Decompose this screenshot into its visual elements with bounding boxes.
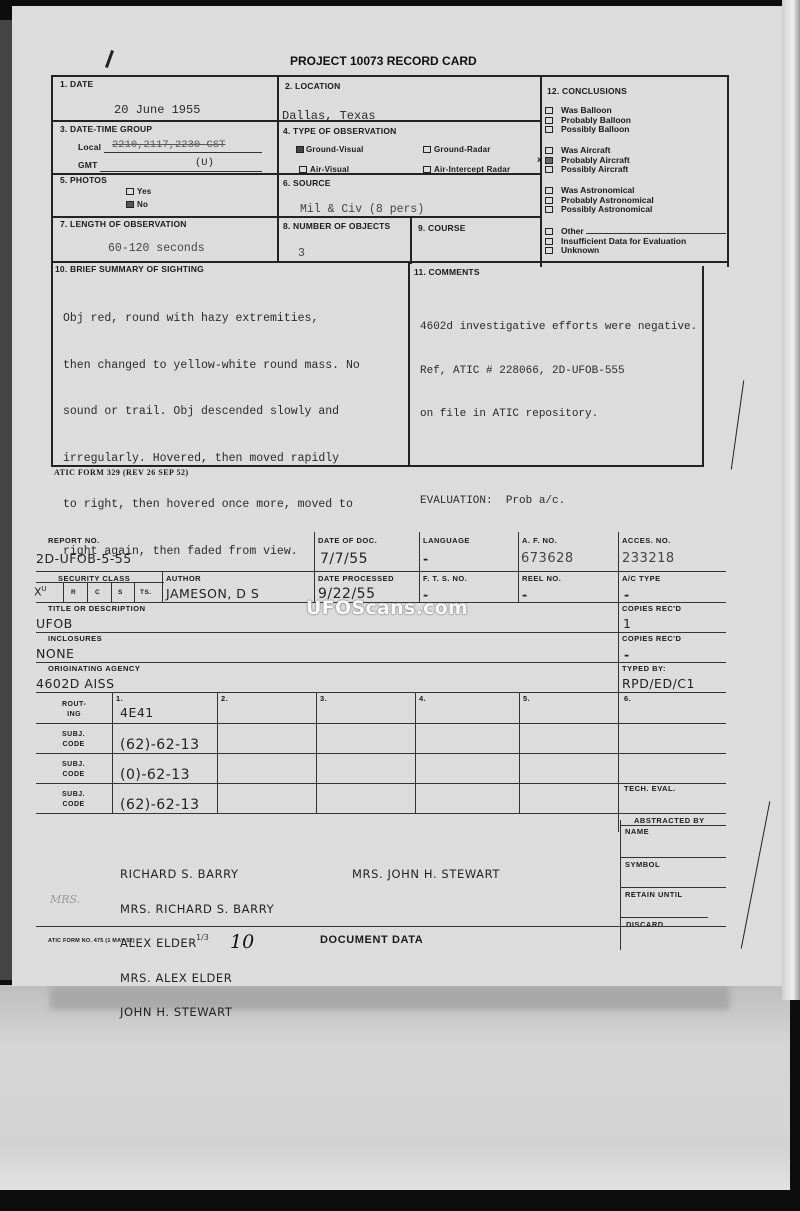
checkbox-icon	[545, 197, 553, 204]
security-class-r[interactable]: R	[71, 589, 76, 596]
summary-text: Obj red, round with hazy extremities, th…	[63, 280, 360, 575]
divider	[618, 532, 619, 832]
divider	[63, 583, 64, 602]
check-x-mark: x	[537, 156, 542, 166]
reel-no-label: REEL NO.	[522, 574, 561, 583]
observation-type-label: 4. TYPE OF OBSERVATION	[283, 126, 397, 136]
frame-right-bottom	[702, 266, 704, 466]
checkbox-icon	[545, 247, 553, 254]
underlying-page	[0, 985, 790, 1190]
security-class-s[interactable]: S	[118, 589, 123, 596]
report-no-value: 2D-UFOB-5-55	[36, 551, 132, 566]
conclusion-possibly-aircraft[interactable]: Possibly Aircraft	[545, 165, 630, 175]
typed-by-value: RPD/ED/C1	[622, 676, 695, 691]
record-card-form-id: ATIC FORM 329 (REV 26 SEP 52)	[54, 468, 189, 477]
divider	[620, 857, 726, 858]
routing-col-2: 2.	[221, 694, 228, 703]
location-label: 2. LOCATION	[285, 81, 340, 91]
frame-right-top	[727, 75, 729, 267]
evaluation-line: EVALUATION: Prob a/c.	[420, 494, 697, 509]
af-no-value: 673628	[521, 551, 574, 566]
conclusions-label: 12. CONCLUSIONS	[547, 86, 627, 96]
document-data-title: DOCUMENT DATA	[320, 934, 423, 946]
conclusion-probably-aircraft[interactable]: Probably Aircraftx	[545, 156, 630, 166]
row-divider	[36, 571, 726, 572]
date-of-doc-value: 7/7/55	[320, 551, 368, 567]
fts-no-label: F. T. S. NO.	[423, 574, 467, 583]
divider	[410, 216, 412, 264]
observation-ground-radar[interactable]: Ground-Radar	[423, 145, 491, 154]
subj-code-value: (62)-62-13	[120, 737, 199, 753]
security-class-c[interactable]: C	[95, 589, 100, 596]
local-time-value: 2210,2117,2230 CST	[112, 139, 225, 151]
checkbox-icon	[545, 147, 553, 154]
summary-line: to right, then hovered once more, moved …	[63, 497, 360, 513]
summary-label: 10. BRIEF SUMMARY OF SIGHTING	[55, 264, 204, 274]
routing-col-5: 5.	[523, 694, 530, 703]
divider	[620, 820, 621, 950]
handwritten-page-number: 10	[230, 931, 254, 953]
ac-type-value: -	[624, 587, 630, 602]
length-label: 7. LENGTH OF OBSERVATION	[60, 219, 187, 229]
date-processed-label: DATE PROCESSED	[318, 574, 394, 583]
divider-col	[277, 75, 279, 261]
observation-air-intercept-radar[interactable]: Air-Intercept Radar	[423, 165, 510, 174]
subj-code-row-label: SUBJ. CODE	[62, 790, 85, 810]
typed-by-label: TYPED BY:	[622, 664, 666, 673]
subj-code-value: (0)-62-13	[120, 767, 190, 783]
photos-no[interactable]: No	[126, 200, 148, 209]
summary-line: then changed to yellow-white round mass.…	[63, 358, 360, 374]
conclusion-possibly-balloon[interactable]: Possibly Balloon	[545, 125, 631, 135]
summary-line: sound or trail. Obj descended slowly and	[63, 404, 360, 420]
checkbox-icon	[545, 166, 553, 173]
author-value: JAMESON, D S	[166, 586, 259, 601]
title-description-value: UFOB	[36, 616, 73, 631]
row-divider	[36, 753, 726, 754]
watermark: UFOScans.com	[306, 597, 468, 619]
witness-name: RICHARD S. BARRY	[120, 869, 274, 881]
checkbox-icon	[545, 107, 553, 114]
routing-row-label: ROUT- ING	[62, 700, 86, 720]
checkbox-icon	[423, 166, 431, 173]
copies-recd-value: 1	[623, 616, 631, 631]
length-value: 60-120 seconds	[108, 242, 205, 255]
row-divider	[36, 662, 726, 663]
witness-name: MRS. ALEX ELDER	[120, 973, 274, 985]
scan-edge-right	[782, 0, 800, 1000]
inclosures-label: INCLOSURES	[48, 634, 102, 643]
observation-ground-visual[interactable]: Ground-Visual	[296, 145, 364, 154]
underline	[104, 152, 262, 153]
retain-until-label: RETAIN UNTIL	[625, 890, 683, 899]
comment-line: 4602d investigative efforts were negativ…	[420, 320, 697, 335]
witness-name: JOHN H. STEWART	[120, 1007, 274, 1019]
checkbox-checked-icon	[296, 146, 304, 153]
divider	[51, 216, 541, 218]
divider	[314, 532, 315, 602]
checkbox-icon	[545, 126, 553, 133]
checkbox-icon	[423, 146, 431, 153]
subj-code-value: (62)-62-13	[120, 797, 199, 813]
author-label: AUTHOR	[166, 574, 201, 583]
checkbox-icon	[299, 166, 307, 173]
comments-label: 11. COMMENTS	[414, 267, 480, 277]
location-value: Dallas, Texas	[282, 109, 376, 123]
checkbox-icon	[126, 188, 134, 195]
row-divider	[36, 723, 726, 724]
divider	[620, 917, 708, 918]
date-of-doc-label: DATE OF DOC.	[318, 536, 377, 545]
row-divider	[36, 783, 726, 784]
footer-divider	[36, 926, 726, 927]
divider-conclusions	[540, 75, 542, 267]
title-description-label: TITLE OR DESCRIPTION	[48, 604, 146, 613]
summary-line: irregularly. Hovered, then moved rapidly	[63, 451, 360, 467]
conclusions-group-aircraft: Was Aircraft Probably Aircraftx Possibly…	[545, 146, 630, 175]
routing-value: 4E41	[120, 705, 154, 720]
inclosures-value: NONE	[36, 646, 74, 661]
row-divider	[36, 692, 726, 693]
routing-col-4: 4.	[419, 694, 426, 703]
conclusions-group-astronomical: Was Astronomical Probably Astronomical P…	[545, 186, 654, 215]
acces-no-value: 233218	[622, 551, 675, 566]
abstracted-symbol-label: SYMBOL	[625, 860, 660, 869]
checkbox-icon	[545, 206, 553, 213]
security-class-marked: XU	[34, 585, 47, 599]
routing-col-1: 1.	[116, 694, 123, 703]
divider	[36, 582, 164, 583]
other-underline	[586, 233, 726, 234]
frame-left	[51, 75, 53, 466]
routing-col-3: 3.	[320, 694, 327, 703]
divider	[87, 583, 88, 602]
comment-line: on file in ATIC repository.	[420, 407, 697, 422]
date-label: 1. DATE	[60, 79, 93, 89]
divider	[408, 261, 410, 466]
divider	[162, 572, 163, 602]
routing-col-6: 6.	[624, 694, 631, 703]
abstracted-by-label: ABSTRACTED BY	[634, 816, 705, 825]
originating-agency-label: ORIGINATING AGENCY	[48, 664, 140, 673]
checkbox-icon	[545, 187, 553, 194]
comments-text: 4602d investigative efforts were negativ…	[420, 291, 697, 523]
observation-air-visual[interactable]: Air-Visual	[299, 165, 349, 174]
scan-edge-left	[0, 20, 12, 980]
handwritten-mrs: MRS.	[50, 893, 80, 906]
source-label: 6. SOURCE	[283, 178, 331, 188]
gmt-label: GMT	[78, 160, 97, 170]
divider	[620, 887, 726, 888]
checkbox-checked-icon	[126, 201, 134, 208]
copies-recd-2-label: COPIES REC'D	[622, 634, 681, 643]
date-time-group-label: 3. DATE-TIME GROUP	[60, 124, 152, 134]
source-value: Mil & Civ (8 pers)	[300, 203, 424, 216]
number-of-objects-value: 3	[298, 247, 305, 260]
local-time-label: Local	[78, 142, 101, 152]
divider	[419, 532, 420, 602]
checkbox-checked-icon	[545, 157, 553, 164]
tech-eval-label: TECH. EVAL.	[624, 784, 676, 793]
row-divider	[36, 632, 726, 633]
record-card-title: PROJECT 10073 RECORD CARD	[290, 54, 477, 68]
conclusions-group-balloon: Was Balloon Probably Balloon Possibly Ba…	[545, 106, 631, 135]
witness-name: MRS. RICHARD S. BARRY	[120, 904, 274, 916]
witness-name: MRS. JOHN H. STEWART	[352, 869, 500, 881]
originating-agency-value: 4602D AISS	[36, 676, 115, 691]
frame-top	[51, 75, 728, 77]
date-value: 20 June 1955	[114, 103, 200, 117]
document-data-form-id: ATIC FORM NO. 475 (1 MAY 52)	[48, 938, 135, 944]
conclusion-unknown[interactable]: Unknown	[545, 246, 726, 256]
copies-recd-label: COPIES REC'D	[622, 604, 681, 613]
subj-code-row-label: SUBJ. CODE	[62, 760, 85, 780]
divider	[111, 583, 112, 602]
course-label: 9. COURSE	[418, 223, 466, 233]
checkbox-icon	[545, 238, 553, 245]
checkbox-icon	[545, 117, 553, 124]
language-value: -	[423, 551, 429, 566]
witness-list-right: MRS. JOHN H. STEWART	[352, 846, 500, 892]
conclusions-group-other: Other Insufficient Data for Evaluation U…	[545, 227, 726, 256]
photos-label: 5. PHOTOS	[60, 175, 107, 185]
number-of-objects-label: 8. NUMBER OF OBJECTS	[283, 221, 390, 231]
reel-no-value: -	[522, 587, 528, 602]
ac-type-label: A/C TYPE	[622, 574, 661, 583]
discard-label: DISCARD	[626, 920, 664, 929]
gmt-value: (U)	[195, 157, 214, 169]
photos-yes[interactable]: Yes	[126, 187, 151, 196]
row-divider	[36, 813, 726, 814]
security-class-ts[interactable]: TS.	[140, 589, 152, 596]
subj-code-row-label: SUBJ. CODE	[62, 730, 85, 750]
acces-no-label: ACCES. NO.	[622, 536, 671, 545]
conclusion-possibly-astronomical[interactable]: Possibly Astronomical	[545, 205, 654, 215]
af-no-label: A. F. NO.	[522, 536, 557, 545]
copies-recd-2-value: -	[624, 647, 630, 662]
divider	[51, 261, 728, 263]
underline	[100, 171, 262, 172]
divider	[620, 825, 726, 826]
divider	[518, 532, 519, 602]
divider	[134, 583, 135, 602]
checkbox-icon	[545, 228, 553, 235]
summary-line: Obj red, round with hazy extremities,	[63, 311, 360, 327]
report-no-label: REPORT NO.	[48, 536, 100, 545]
language-label: LANGUAGE	[423, 536, 470, 545]
handwritten-fraction: 1/3	[196, 933, 209, 942]
comment-line: Ref, ATIC # 228066, 2D-UFOB-555	[420, 364, 697, 379]
abstracted-name-label: NAME	[625, 827, 649, 836]
